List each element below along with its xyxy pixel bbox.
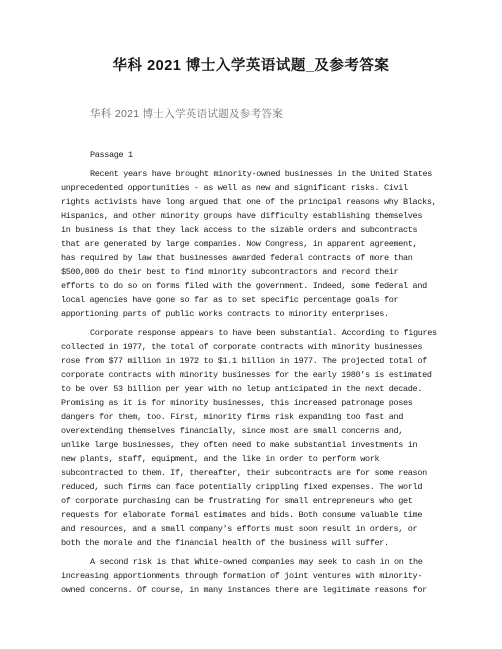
passage-paragraph-2: Corporate response appears to have been … [61, 326, 447, 550]
passage-paragraph-3: A second risk is that White-owned compan… [61, 555, 447, 597]
document-page: 华科 2021 博士入学英语试题_及参考答案 华科 2021 博士入学英语试题及… [0, 0, 502, 649]
passage-label: Passage 1 [61, 148, 447, 162]
document-subtitle: 华科 2021 博士入学英语试题及参考答案 [90, 106, 283, 121]
passage-body: Passage 1 Recent years have brought mino… [61, 148, 447, 602]
document-title: 华科 2021 博士入学英语试题_及参考答案 [0, 54, 502, 75]
passage-paragraph-1: Recent years have brought minority-owned… [61, 167, 447, 321]
